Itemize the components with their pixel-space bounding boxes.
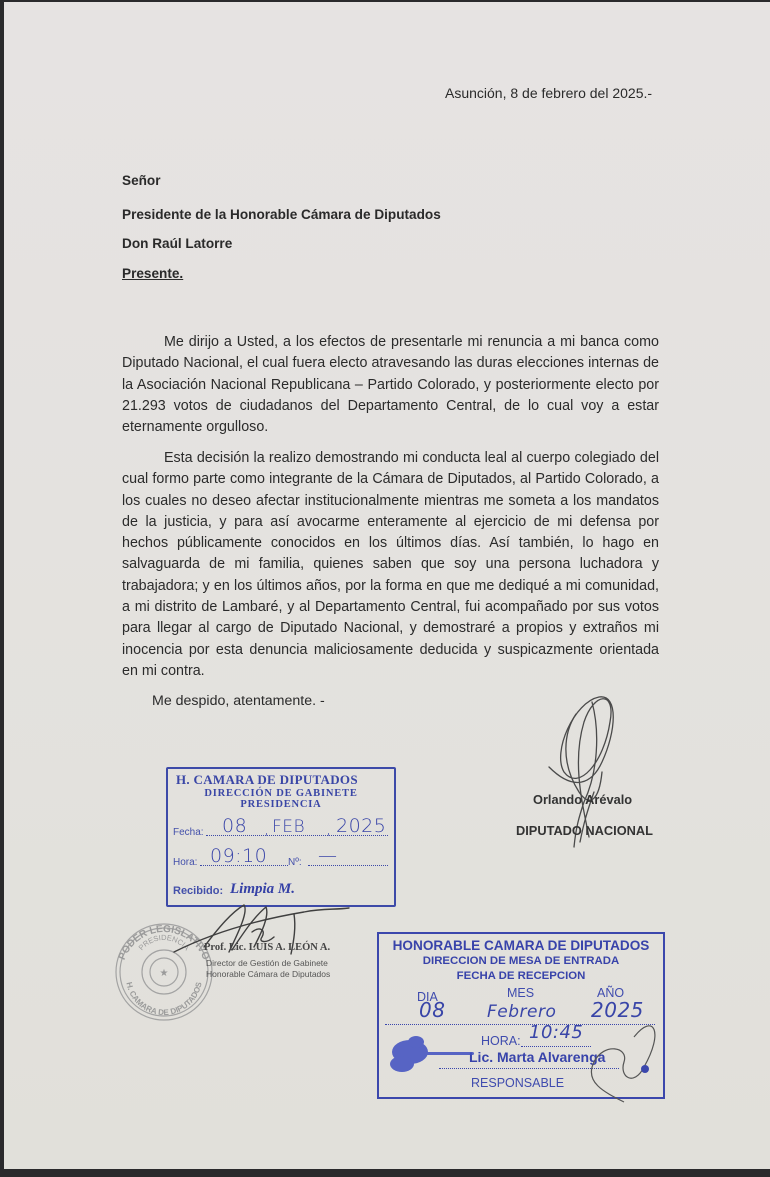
stamp-gabinete-line2: DIRECCIÓN DE GABINETE <box>168 788 394 799</box>
stamp-mesa-line2: DIRECCION DE MESA DE ENTRADA <box>379 955 663 967</box>
addressee-name: Don Raúl Latorre <box>122 236 232 251</box>
signatory-title: DIPUTADO NACIONAL <box>516 823 653 838</box>
stamp-gabinete-hora-value: 09:10 <box>210 845 267 867</box>
addressee-position: Presidente de la Honorable Cámara de Dip… <box>122 207 441 222</box>
stamp-gabinete-hora-label: Hora: <box>173 857 197 868</box>
stamp-gabinete-fecha-year: 2025 <box>336 815 386 837</box>
stamp-mesa-dia-value: 08 <box>419 998 445 1022</box>
signatory-name: Orlando Arévalo <box>533 792 632 807</box>
stamp-gabinete-recibido-label: Recibido: <box>173 885 223 897</box>
stamp-gabinete-comma-2: , <box>326 819 332 838</box>
addressee-presente: Presente. <box>122 266 183 281</box>
stamp-mesa-ano-value: 2025 <box>591 998 644 1022</box>
stamp-mesa-entrada: HONORABLE CAMARA DE DIPUTADOS DIRECCION … <box>377 932 665 1099</box>
director-institution: Honorable Cámara de Diputados <box>206 969 330 979</box>
stamp-mesa-header: HONORABLE CAMARA DE DIPUTADOS <box>379 938 663 953</box>
stamp-mesa-mes-label: MES <box>507 986 534 1000</box>
stamp-gabinete-fecha-month: FEB <box>272 817 305 837</box>
director-name: Prof. Lic. LUIS A. LEÓN A. <box>204 942 330 953</box>
stamp-mesa-hora-line <box>521 1046 591 1047</box>
body-paragraph-1: Me dirijo a Usted, a los efectos de pres… <box>122 332 659 438</box>
stamp-gabinete-comma-1: , <box>264 819 270 838</box>
stamp-gabinete-fecha-label: Fecha: <box>173 827 204 838</box>
stamp-mesa-line3: FECHA DE RECEPCION <box>379 970 663 982</box>
stamp-direccion-gabinete: H. CAMARA DE DIPUTADOS DIRECCIÓN DE GABI… <box>166 767 396 907</box>
stamp-gabinete-header: H. CAMARA DE DIPUTADOS <box>176 772 358 788</box>
document-page: Asunción, 8 de febrero del 2025.- Señor … <box>4 2 770 1169</box>
stamp-mesa-responsable-name: Lic. Marta Alvarenga <box>469 1049 605 1065</box>
stamp-mesa-hora-value: 10:45 <box>529 1022 583 1043</box>
stamp-mesa-mes-value: Febrero <box>487 1002 556 1022</box>
stamp-gabinete-recibido-value: Limpia M. <box>230 881 295 898</box>
stamp-mesa-responsable-line <box>439 1068 619 1069</box>
svg-text:PODER LEGISLATIVO: PODER LEGISLATIVO <box>117 924 212 962</box>
closing-line: Me despido, atentamente. - <box>152 693 325 709</box>
body-paragraph-2: Esta decisión la realizo demostrando mi … <box>122 448 659 682</box>
stamp-gabinete-fecha-day: 08 <box>222 815 247 837</box>
stamp-mesa-hora-label: HORA: <box>481 1034 521 1048</box>
stamp-gabinete-line3: PRESIDENCIA <box>168 799 394 810</box>
stamp-gabinete-numero-value: — <box>318 845 338 867</box>
svg-text:PRESIDENCIA: PRESIDENCIA <box>137 933 192 952</box>
svg-text:H. CAMARA DE DIPUTADOS: H. CAMARA DE DIPUTADOS <box>124 981 203 1018</box>
place-date: Asunción, 8 de febrero del 2025.- <box>445 85 652 101</box>
addressee-salutation: Señor <box>122 173 161 188</box>
svg-text:★: ★ <box>160 968 169 979</box>
stamp-gabinete-numero-label: Nº: <box>288 857 302 868</box>
stamp-mesa-date-line <box>385 1024 655 1025</box>
director-title: Director de Gestión de Gabinete <box>206 958 328 968</box>
stamp-mesa-responsable-label: RESPONSABLE <box>471 1076 564 1090</box>
